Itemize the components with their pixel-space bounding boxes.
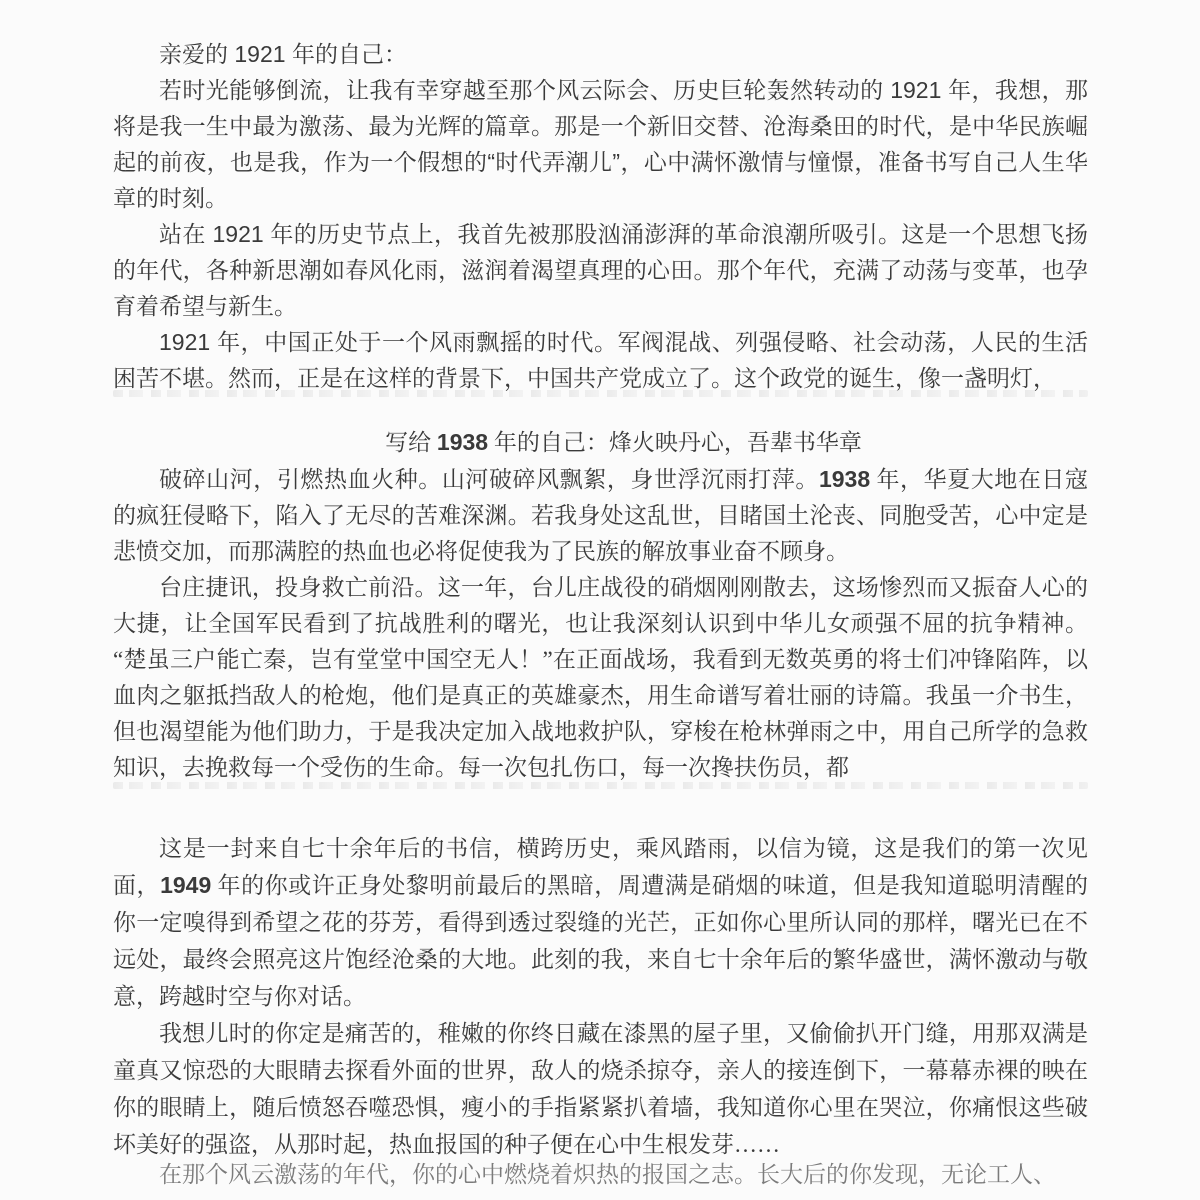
letter-1938-body: 破碎山河，引燃热血火种。山河破碎风飘絮，身世浮沉雨打萍。1938 年，华夏大地在…: [113, 461, 1088, 786]
paragraph: 这是一封来自七十余年后的书信，横跨历史，乘风踏雨，以信为镜，这是我们的第一次见面…: [113, 830, 1088, 1015]
faded-text-remnant: [113, 782, 1088, 789]
faded-last-line: 在那个风云激荡的年代，你的心中燃烧着炽热的报国之志。长大后的你发现，无论工人、: [113, 1156, 1088, 1193]
paragraph: 站在 1921 年的历史节点上，我首先被那股汹涌澎湃的革命浪潮所吸引。这是一个思…: [113, 216, 1088, 324]
letter-1938-heading: 写给 1938 年的自己：烽火映丹心，吾辈书华章: [113, 424, 1088, 461]
paragraph: 破碎山河，引燃热血火种。山河破碎风飘絮，身世浮沉雨打萍。1938 年，华夏大地在…: [113, 461, 1088, 570]
letter-1949-body: 这是一封来自七十余年后的书信，横跨历史，乘风踏雨，以信为镜，这是我们的第一次见面…: [113, 830, 1088, 1163]
letter-1938-section: 写给 1938 年的自己：烽火映丹心，吾辈书华章 破碎山河，引燃热血火种。山河破…: [113, 424, 1088, 786]
paragraph: 我想儿时的你定是痛苦的，稚嫩的你终日藏在漆黑的屋子里，又偷偷扒开门缝，用那双满是…: [113, 1015, 1088, 1163]
paragraph: 1921 年，中国正处于一个风雨飘摇的时代。军阀混战、列强侵略、社会动荡，人民的…: [113, 324, 1088, 396]
letter-1921-body: 若时光能够倒流，让我有幸穿越至那个风云际会、历史巨轮轰然转动的 1921 年，我…: [113, 72, 1088, 396]
faded-text-remnant: [113, 390, 1088, 397]
letter-1921-section: 亲爱的 1921 年的自己： 若时光能够倒流，让我有幸穿越至那个风云际会、历史巨…: [113, 36, 1088, 396]
document-page: 亲爱的 1921 年的自己： 若时光能够倒流，让我有幸穿越至那个风云际会、历史巨…: [0, 0, 1200, 1200]
paragraph: 若时光能够倒流，让我有幸穿越至那个风云际会、历史巨轮轰然转动的 1921 年，我…: [113, 72, 1088, 216]
letter-1949-section: 这是一封来自七十余年后的书信，横跨历史，乘风踏雨，以信为镜，这是我们的第一次见面…: [113, 830, 1088, 1163]
letter-1921-salutation: 亲爱的 1921 年的自己：: [113, 36, 1088, 72]
paragraph: 台庄捷讯，投身救亡前沿。这一年，台儿庄战役的硝烟刚刚散去，这场惨烈而又振奋人心的…: [113, 570, 1088, 786]
